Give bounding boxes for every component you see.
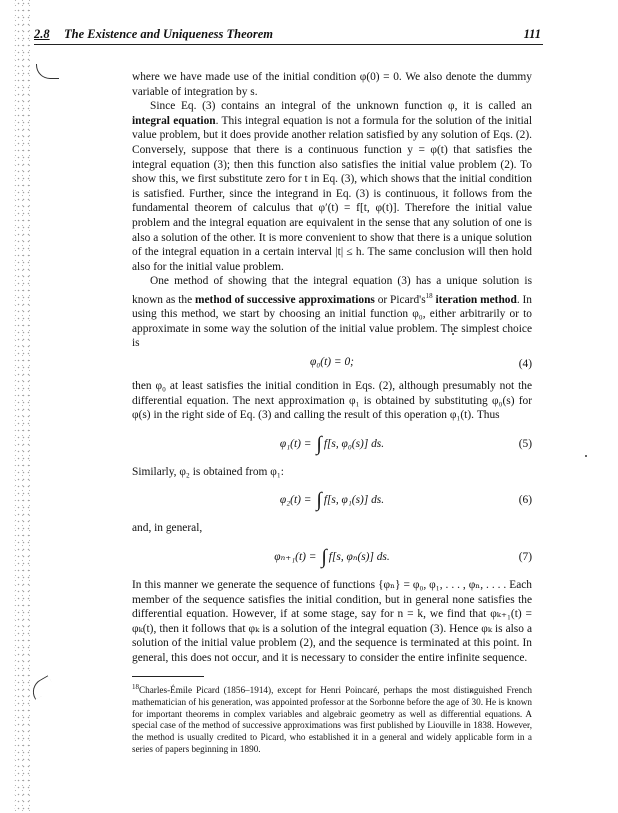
paragraph-6: and, in general,: [132, 521, 532, 536]
p2-text-b: . This integral equation is not a formul…: [132, 115, 532, 273]
p3-text-b: or Picard's: [375, 294, 426, 306]
equation-6: φ₂(t) = ∫f[s, φ₁(s)] ds. (6): [132, 483, 532, 517]
equation-4-number: (4): [519, 357, 532, 372]
footnote-18: 18Charles-Émile Picard (1856–1914), exce…: [132, 682, 532, 756]
footnote-rule: [132, 676, 204, 677]
page-number: 111: [524, 27, 541, 42]
equation-6-number: (6): [519, 483, 532, 517]
footnote-text: Charles-Émile Picard (1856–1914), except…: [132, 685, 532, 754]
p2-text-a: Since Eq. (3) contains an integral of th…: [150, 100, 532, 112]
equation-5: φ₁(t) = ∫f[s, φ₀(s)] ds. (5): [132, 427, 532, 461]
paragraph-7: In this manner we generate the sequence …: [132, 578, 532, 666]
scan-edge-mask: [0, 0, 14, 813]
integral-sign-icon: ∫: [316, 433, 321, 455]
section-number: 2.8: [34, 27, 50, 42]
equation-5-integrand: f[s, φ₀(s)] ds.: [324, 438, 384, 450]
equation-5-number: (5): [519, 427, 532, 461]
scan-speck: [452, 333, 454, 335]
equation-6-lhs: φ₂(t) =: [280, 494, 314, 506]
term-integral-equation: integral equation: [132, 115, 216, 127]
scan-speck: [470, 690, 472, 692]
scan-speck: [585, 455, 587, 457]
equation-7: φₙ₊₁(t) = ∫f[s, φₙ(s)] ds. (7): [132, 540, 532, 574]
term-successive-approximations: method of successive approximations: [195, 294, 375, 306]
term-iteration-method: iteration method: [433, 294, 517, 306]
footnote-marker: 18: [132, 683, 139, 691]
paragraph-1: where we have made use of the initial co…: [132, 70, 532, 99]
chapter-title: The Existence and Uniqueness Theorem: [64, 27, 273, 42]
equation-7-integrand: f[s, φₙ(s)] ds.: [329, 551, 390, 563]
equation-4: φ₀(t) = 0; (4): [132, 355, 532, 375]
main-text: where we have made use of the initial co…: [132, 70, 532, 666]
paragraph-2: Since Eq. (3) contains an integral of th…: [132, 99, 532, 274]
running-header: 2.8 The Existence and Uniqueness Theorem…: [34, 24, 543, 45]
binding-mark-bottom: [28, 675, 55, 699]
paragraph-4: then φ₀ at least satisfies the initial c…: [132, 379, 532, 423]
equation-5-lhs: φ₁(t) =: [280, 438, 314, 450]
binding-mark-top: [36, 64, 59, 79]
integral-sign-icon: ∫: [316, 489, 321, 511]
paragraph-5: Similarly, φ₂ is obtained from φ₁:: [132, 465, 532, 480]
equation-4-expr: φ₀(t) = 0;: [310, 355, 354, 370]
equation-7-lhs: φₙ₊₁(t) =: [274, 551, 319, 563]
footnote-ref[interactable]: 18: [426, 292, 433, 300]
integral-sign-icon: ∫: [321, 546, 326, 568]
equation-6-integrand: f[s, φ₁(s)] ds.: [324, 494, 384, 506]
equation-7-number: (7): [519, 540, 532, 574]
paragraph-3: One method of showing that the integral …: [132, 274, 532, 351]
